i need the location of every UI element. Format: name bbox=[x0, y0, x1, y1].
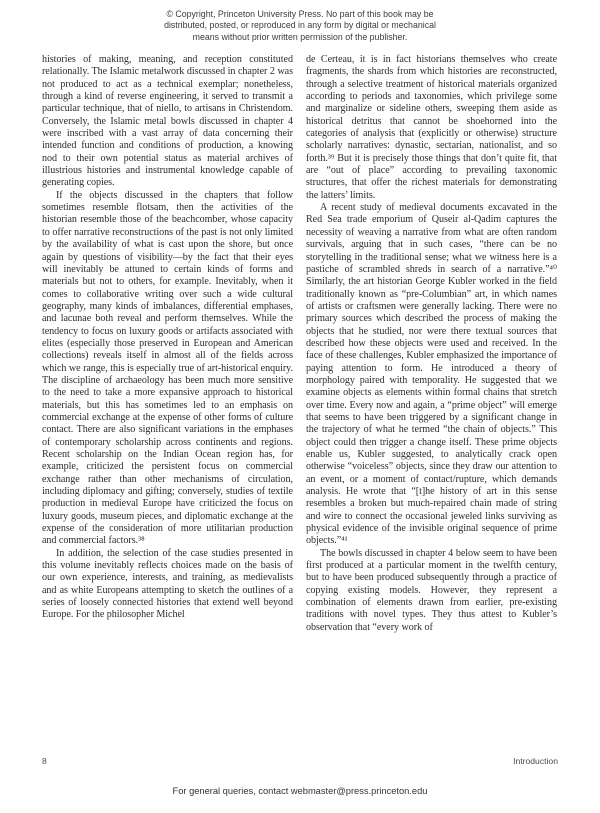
copyright-line-2: distributed, posted, or reproduced in an… bbox=[0, 20, 600, 31]
running-footer: 8 Introduction bbox=[42, 756, 558, 766]
paragraph: In addition, the selection of the case s… bbox=[42, 548, 293, 622]
book-page: © Copyright, Princeton University Press.… bbox=[0, 0, 600, 813]
paragraph: If the objects discussed in the chapters… bbox=[42, 190, 293, 548]
contact-footer: For general queries, contact webmaster@p… bbox=[0, 786, 600, 796]
copyright-notice: © Copyright, Princeton University Press.… bbox=[0, 9, 600, 43]
copyright-line-1: © Copyright, Princeton University Press.… bbox=[0, 9, 600, 20]
running-title: Introduction bbox=[513, 756, 558, 766]
paragraph: The bowls discussed in chapter 4 below s… bbox=[306, 548, 557, 634]
paragraph: histories of making, meaning, and recept… bbox=[42, 54, 293, 190]
copyright-line-3: means without prior written permission o… bbox=[0, 32, 600, 43]
paragraph: de Certeau, it is in fact historians the… bbox=[306, 54, 557, 202]
text-column-right: de Certeau, it is in fact historians the… bbox=[306, 54, 557, 756]
page-body: histories of making, meaning, and recept… bbox=[42, 54, 558, 756]
paragraph: A recent study of medieval documents exc… bbox=[306, 202, 557, 548]
text-column-left: histories of making, meaning, and recept… bbox=[42, 54, 293, 756]
page-number: 8 bbox=[42, 756, 47, 766]
